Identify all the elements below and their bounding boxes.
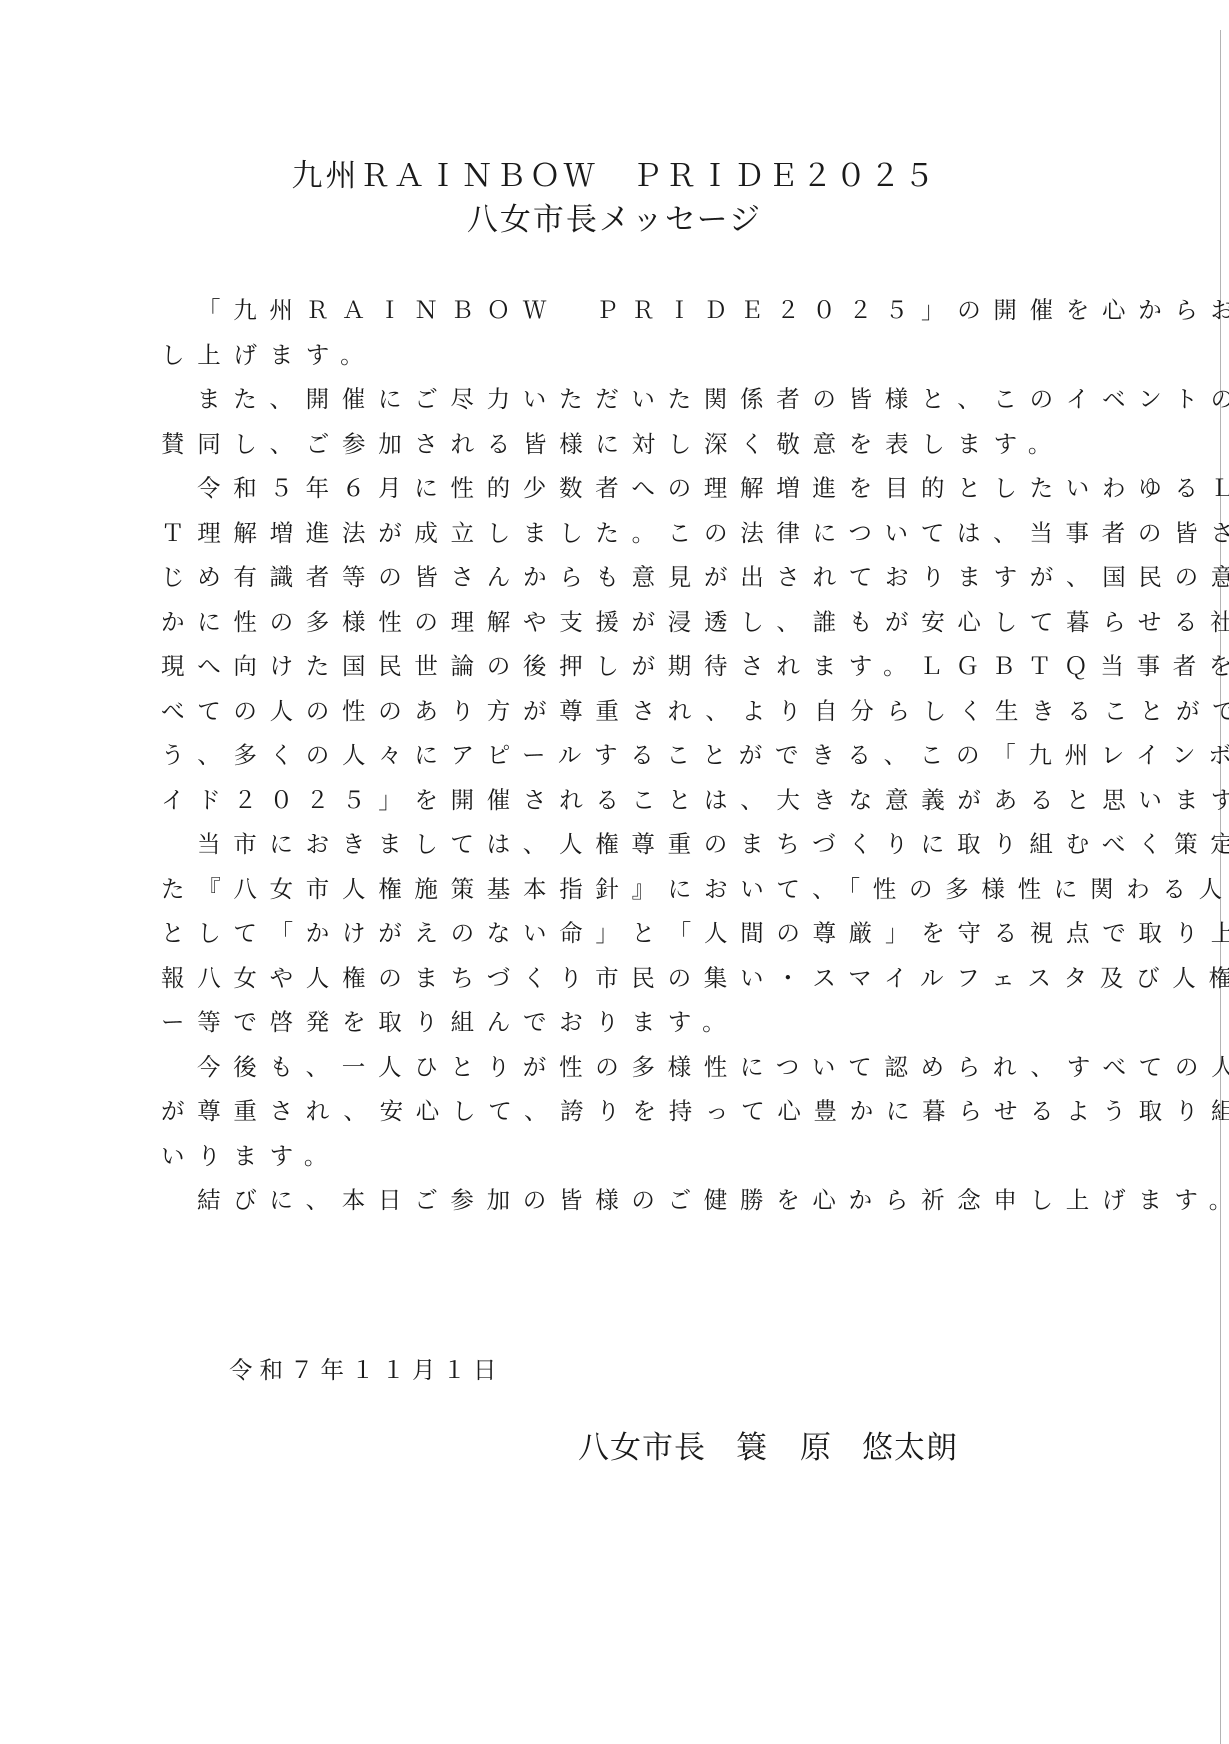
paragraph-city-initiatives: 当市におきましては、人権尊重のまちづくりに取り組むべく策定しまし た『八女市人権… [161,822,1071,1045]
paragraph-lgbt-law: 令和５年６月に性的少数者への理解増進を目的としたいわゆるＬＧＢ Ｔ理解増進法が成… [161,466,1071,822]
text-line: た『八女市人権施策基本指針』において、「性の多様性に関わる人権問題」 [161,867,1071,912]
text-line: 今後も、一人ひとりが性の多様性について認められ、すべての人の人権 [161,1045,1071,1090]
signature-surname: 簑 原 [736,1426,832,1470]
paragraph-gratitude: また、開催にご尽力いただいた関係者の皆様と、このイベントの趣旨に 賛同し、ご参加… [161,377,1071,466]
text-line: が尊重され、安心して、誇りを持って心豊かに暮らせるよう取り組んでま [161,1089,1071,1134]
document-title: 九州ＲＡＩＮＢＯＷ ＰＲＩＤＥ２０２５ [0,156,1229,196]
text-line: また、開催にご尽力いただいた関係者の皆様と、このイベントの趣旨に [161,377,1071,422]
text-line: 賛同し、ご参加される皆様に対し深く敬意を表します。 [161,422,1071,467]
text-line: Ｔ理解増進法が成立しました。この法律については、当事者の皆さんをは [161,511,1071,556]
paragraph-congratulations: 「九州ＲＡＩＮＢＯＷ ＰＲＩＤＥ２０２５」の開催を心からお祝い申 し上げます。 [161,288,1071,377]
text-line: 報八女や人権のまちづくり市民の集い・スマイルフェスタ及び人権セミナ [161,956,1071,1001]
text-line: 結びに、本日ご参加の皆様のご健勝を心から祈念申し上げます。 [161,1178,1071,1223]
text-line: 「九州ＲＡＩＮＢＯＷ ＰＲＩＤＥ２０２５」の開催を心からお祝い申 [161,288,1071,333]
signature-position: 八女市長 [578,1426,706,1470]
document-subtitle: 八女市長メッセージ [0,200,1229,240]
text-line: う、多くの人々にアピールすることができる、この「九州レインボープラ [161,733,1071,778]
signature: 八女市長簑 原悠太朗 [578,1426,958,1470]
text-line: 現へ向けた国民世論の後押しが期待されます。ＬＧＢＴＱ当事者を含めす [161,644,1071,689]
text-line: として「かけがえのない命」と「人間の尊厳」を守る視点で取り上げ、広 [161,911,1071,956]
signature-given-name: 悠太朗 [862,1426,958,1470]
text-line: いります。 [161,1134,1071,1179]
text-line: かに性の多様性の理解や支援が浸透し、誰もが安心して暮らせる社会の実 [161,600,1071,645]
text-line: べての人の性のあり方が尊重され、より自分らしく生きることができるよ [161,689,1071,734]
paragraph-future-commitment: 今後も、一人ひとりが性の多様性について認められ、すべての人の人権 が尊重され、安… [161,1045,1071,1179]
text-line: ー等で啓発を取り組んでおります。 [161,1000,1071,1045]
message-date: 令和７年１１月１日 [229,1350,504,1390]
text-line: イド２０２５」を開催されることは、大きな意義があると思います。 [161,778,1071,823]
paragraph-closing: 結びに、本日ご参加の皆様のご健勝を心から祈念申し上げます。 [161,1178,1071,1223]
text-line: 当市におきましては、人権尊重のまちづくりに取り組むべく策定しまし [161,822,1071,867]
text-line: し上げます。 [161,333,1071,378]
message-body: 「九州ＲＡＩＮＢＯＷ ＰＲＩＤＥ２０２５」の開催を心からお祝い申 し上げます。 … [161,288,1071,1223]
text-line: 令和５年６月に性的少数者への理解増進を目的としたいわゆるＬＧＢ [161,466,1071,511]
text-line: じめ有識者等の皆さんからも意見が出されておりますが、国民の意識のな [161,555,1071,600]
